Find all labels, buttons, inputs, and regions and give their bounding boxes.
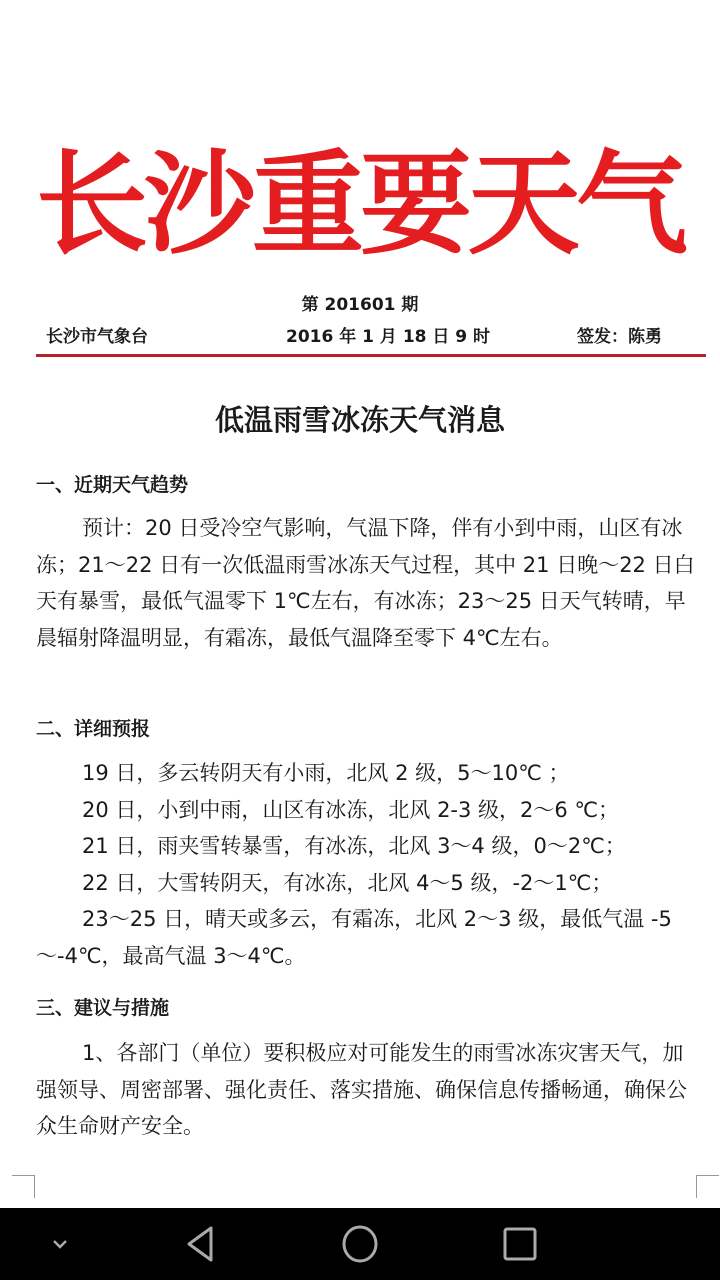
- recents-button[interactable]: [495, 1208, 545, 1280]
- system-navigation-bar: [0, 1208, 720, 1280]
- forecast-item: 19 日，多云转阴天有小雨，北风 2 级，5～10℃ ；: [36, 755, 696, 792]
- forecast-item: 20 日，小到中雨，山区有冰冻，北风 2-3 级，2～6 ℃；: [36, 792, 696, 829]
- recents-icon: [502, 1226, 538, 1262]
- chevron-down-icon: [51, 1238, 69, 1250]
- section-paragraph: 预计：20 日受冷空气影响，气温下降，伴有小到中雨，山区有冰冻；21～22 日有…: [36, 510, 696, 656]
- issue-datetime: 2016 年 1 月 18 日 9 时: [286, 322, 490, 347]
- section-heading: 三、建议与措施: [36, 993, 169, 1020]
- section-heading: 二、详细预报: [36, 714, 150, 741]
- forecast-item: 22 日，大雪转阴天，有冰冻，北风 4～5 级，-2～1℃；: [36, 865, 696, 902]
- agency-name: 长沙市气象台: [46, 322, 148, 347]
- back-button[interactable]: [175, 1208, 225, 1280]
- forecast-item: 23～25 日，晴天或多云，有霜冻，北风 2～3 级，最低气温 -5～-4℃，最…: [36, 901, 696, 974]
- section-heading: 一、近期天气趋势: [36, 470, 188, 497]
- section-paragraph: 1、各部门（单位）要积极应对可能发生的雨雪冰冻灾害天气，加强领导、周密部署、强化…: [36, 1035, 696, 1145]
- document-title: 低温雨雪冰冻天气消息: [0, 398, 720, 439]
- back-icon: [183, 1225, 217, 1263]
- page-corner-mark: [12, 1175, 35, 1198]
- meta-row: 长沙市气象台 2016 年 1 月 18 日 9 时 签发：陈勇: [46, 322, 662, 346]
- paragraph-text: 1、各部门（单位）要积极应对可能发生的雨雪冰冻灾害天气，加强领导、周密部署、强化…: [36, 1035, 696, 1145]
- paragraph-text: 预计：20 日受冷空气影响，气温下降，伴有小到中雨，山区有冰冻；21～22 日有…: [36, 510, 696, 656]
- header-divider: [36, 354, 706, 357]
- home-button[interactable]: [335, 1208, 385, 1280]
- forecast-item: 21 日，雨夹雪转暴雪，有冰冻，北风 3～4 级，0～2℃；: [36, 828, 696, 865]
- home-icon: [341, 1225, 379, 1263]
- signer: 签发：陈勇: [577, 322, 662, 347]
- issue-number: 第 201601 期: [0, 290, 720, 315]
- hide-navbar-button[interactable]: [40, 1208, 80, 1280]
- masthead-title: 长沙重要天气: [0, 140, 720, 270]
- forecast-list: 19 日，多云转阴天有小雨，北风 2 级，5～10℃ ； 20 日，小到中雨，山…: [36, 755, 696, 974]
- page-corner-mark: [696, 1175, 719, 1198]
